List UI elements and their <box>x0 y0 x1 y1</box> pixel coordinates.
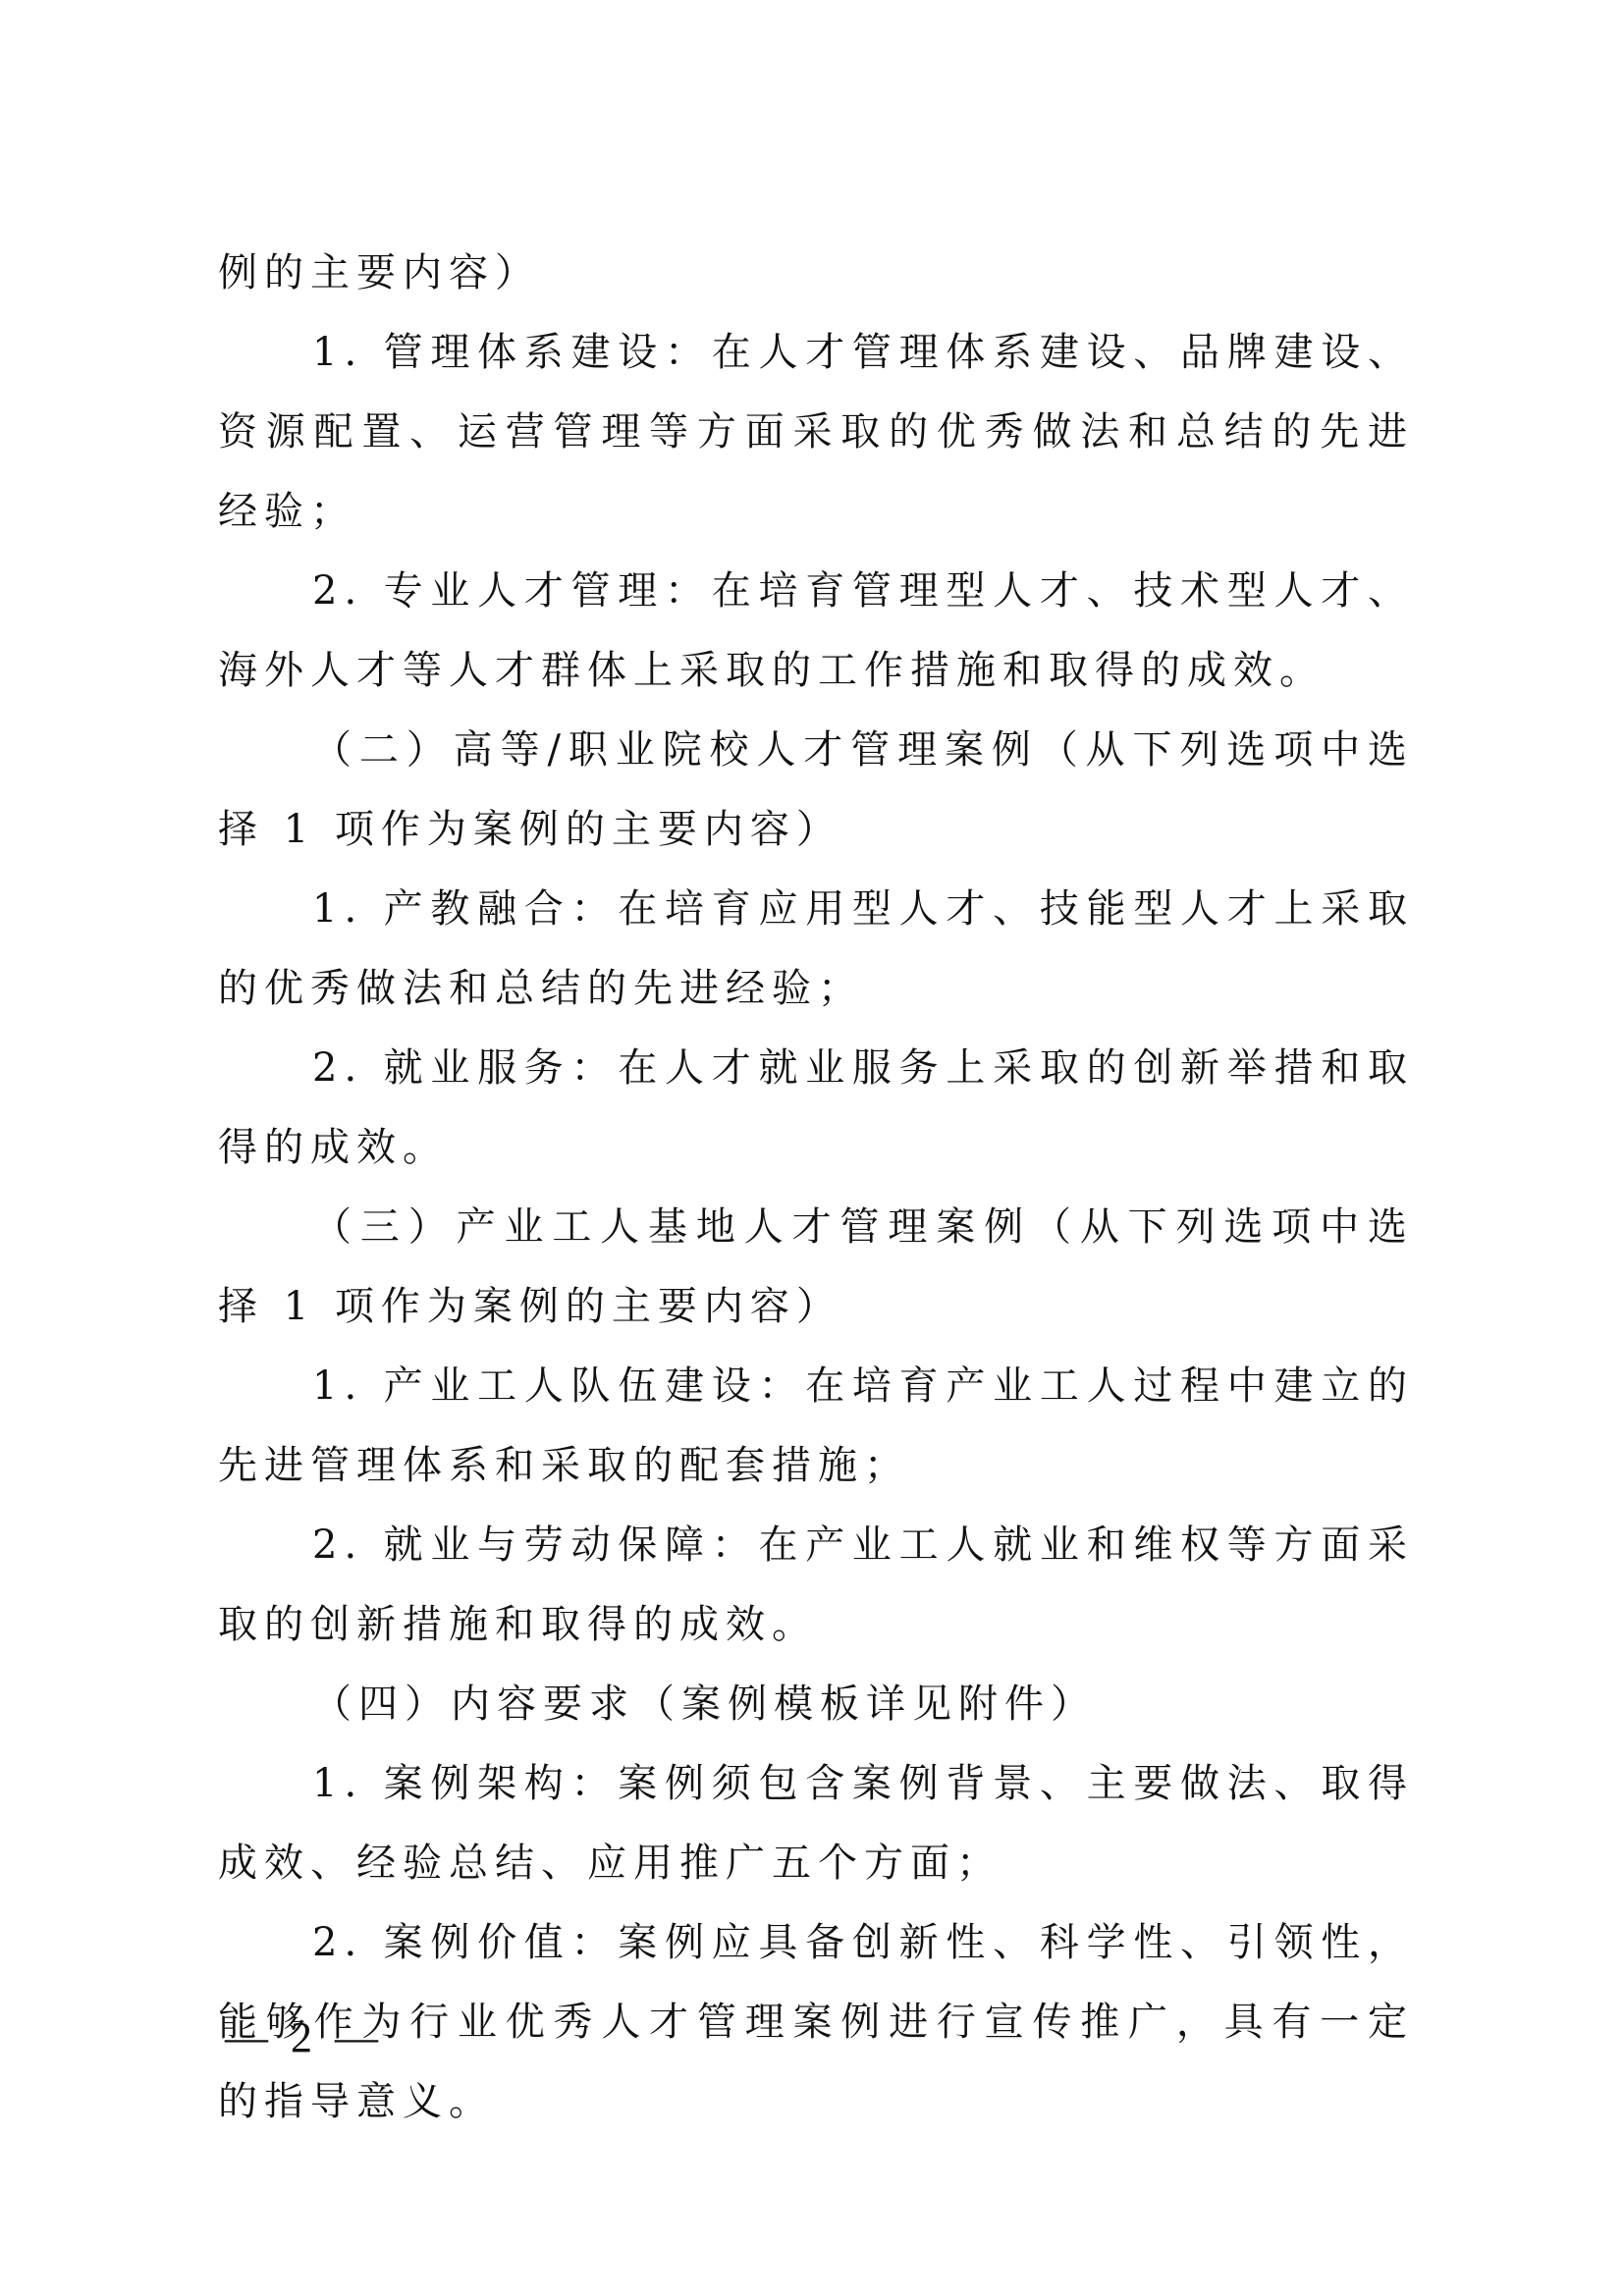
paragraph-continuation: 例的主要内容） <box>218 234 1414 313</box>
paragraph-item-professional-talent: 2. 专业人才管理：在培育管理型人才、技术型人才、海外人才等人才群体上采取的工作… <box>218 552 1414 711</box>
paragraph-item-workforce-building: 1. 产业工人队伍建设：在培育产业工人过程中建立的先进管理体系和采取的配套措施； <box>218 1347 1414 1506</box>
document-body: 例的主要内容） 1. 管理体系建设：在人才管理体系建设、品牌建设、资源配置、运营… <box>218 234 1414 2142</box>
paragraph-item-case-structure: 1. 案例架构：案例须包含案例背景、主要做法、取得成效、经验总结、应用推广五个方… <box>218 1744 1414 1903</box>
section-heading-universities: （二）高等/职业院校人才管理案例（从下列选项中选择 1 项作为案例的主要内容） <box>218 711 1414 870</box>
paragraph-item-case-value: 2. 案例价值：案例应具备创新性、科学性、引领性，能够作为行业优秀人才管理案例进… <box>218 1903 1414 2142</box>
document-page: 例的主要内容） 1. 管理体系建设：在人才管理体系建设、品牌建设、资源配置、运营… <box>0 0 1624 2296</box>
section-heading-content-requirements: （四）内容要求（案例模板详见附件） <box>218 1665 1414 1744</box>
paragraph-item-industry-education: 1. 产教融合：在培育应用型人才、技能型人才上采取的优秀做法和总结的先进经验； <box>218 870 1414 1029</box>
paragraph-item-employment-service: 2. 就业服务：在人才就业服务上采取的创新举措和取得的成效。 <box>218 1029 1414 1188</box>
paragraph-item-management-system: 1. 管理体系建设：在人才管理体系建设、品牌建设、资源配置、运营管理等方面采取的… <box>218 313 1414 552</box>
page-number: — 2 — <box>225 2012 384 2062</box>
paragraph-item-labor-protection: 2. 就业与劳动保障：在产业工人就业和维权等方面采取的创新措施和取得的成效。 <box>218 1506 1414 1665</box>
section-heading-industrial-workers: （三）产业工人基地人才管理案例（从下列选项中选择 1 项作为案例的主要内容） <box>218 1188 1414 1347</box>
